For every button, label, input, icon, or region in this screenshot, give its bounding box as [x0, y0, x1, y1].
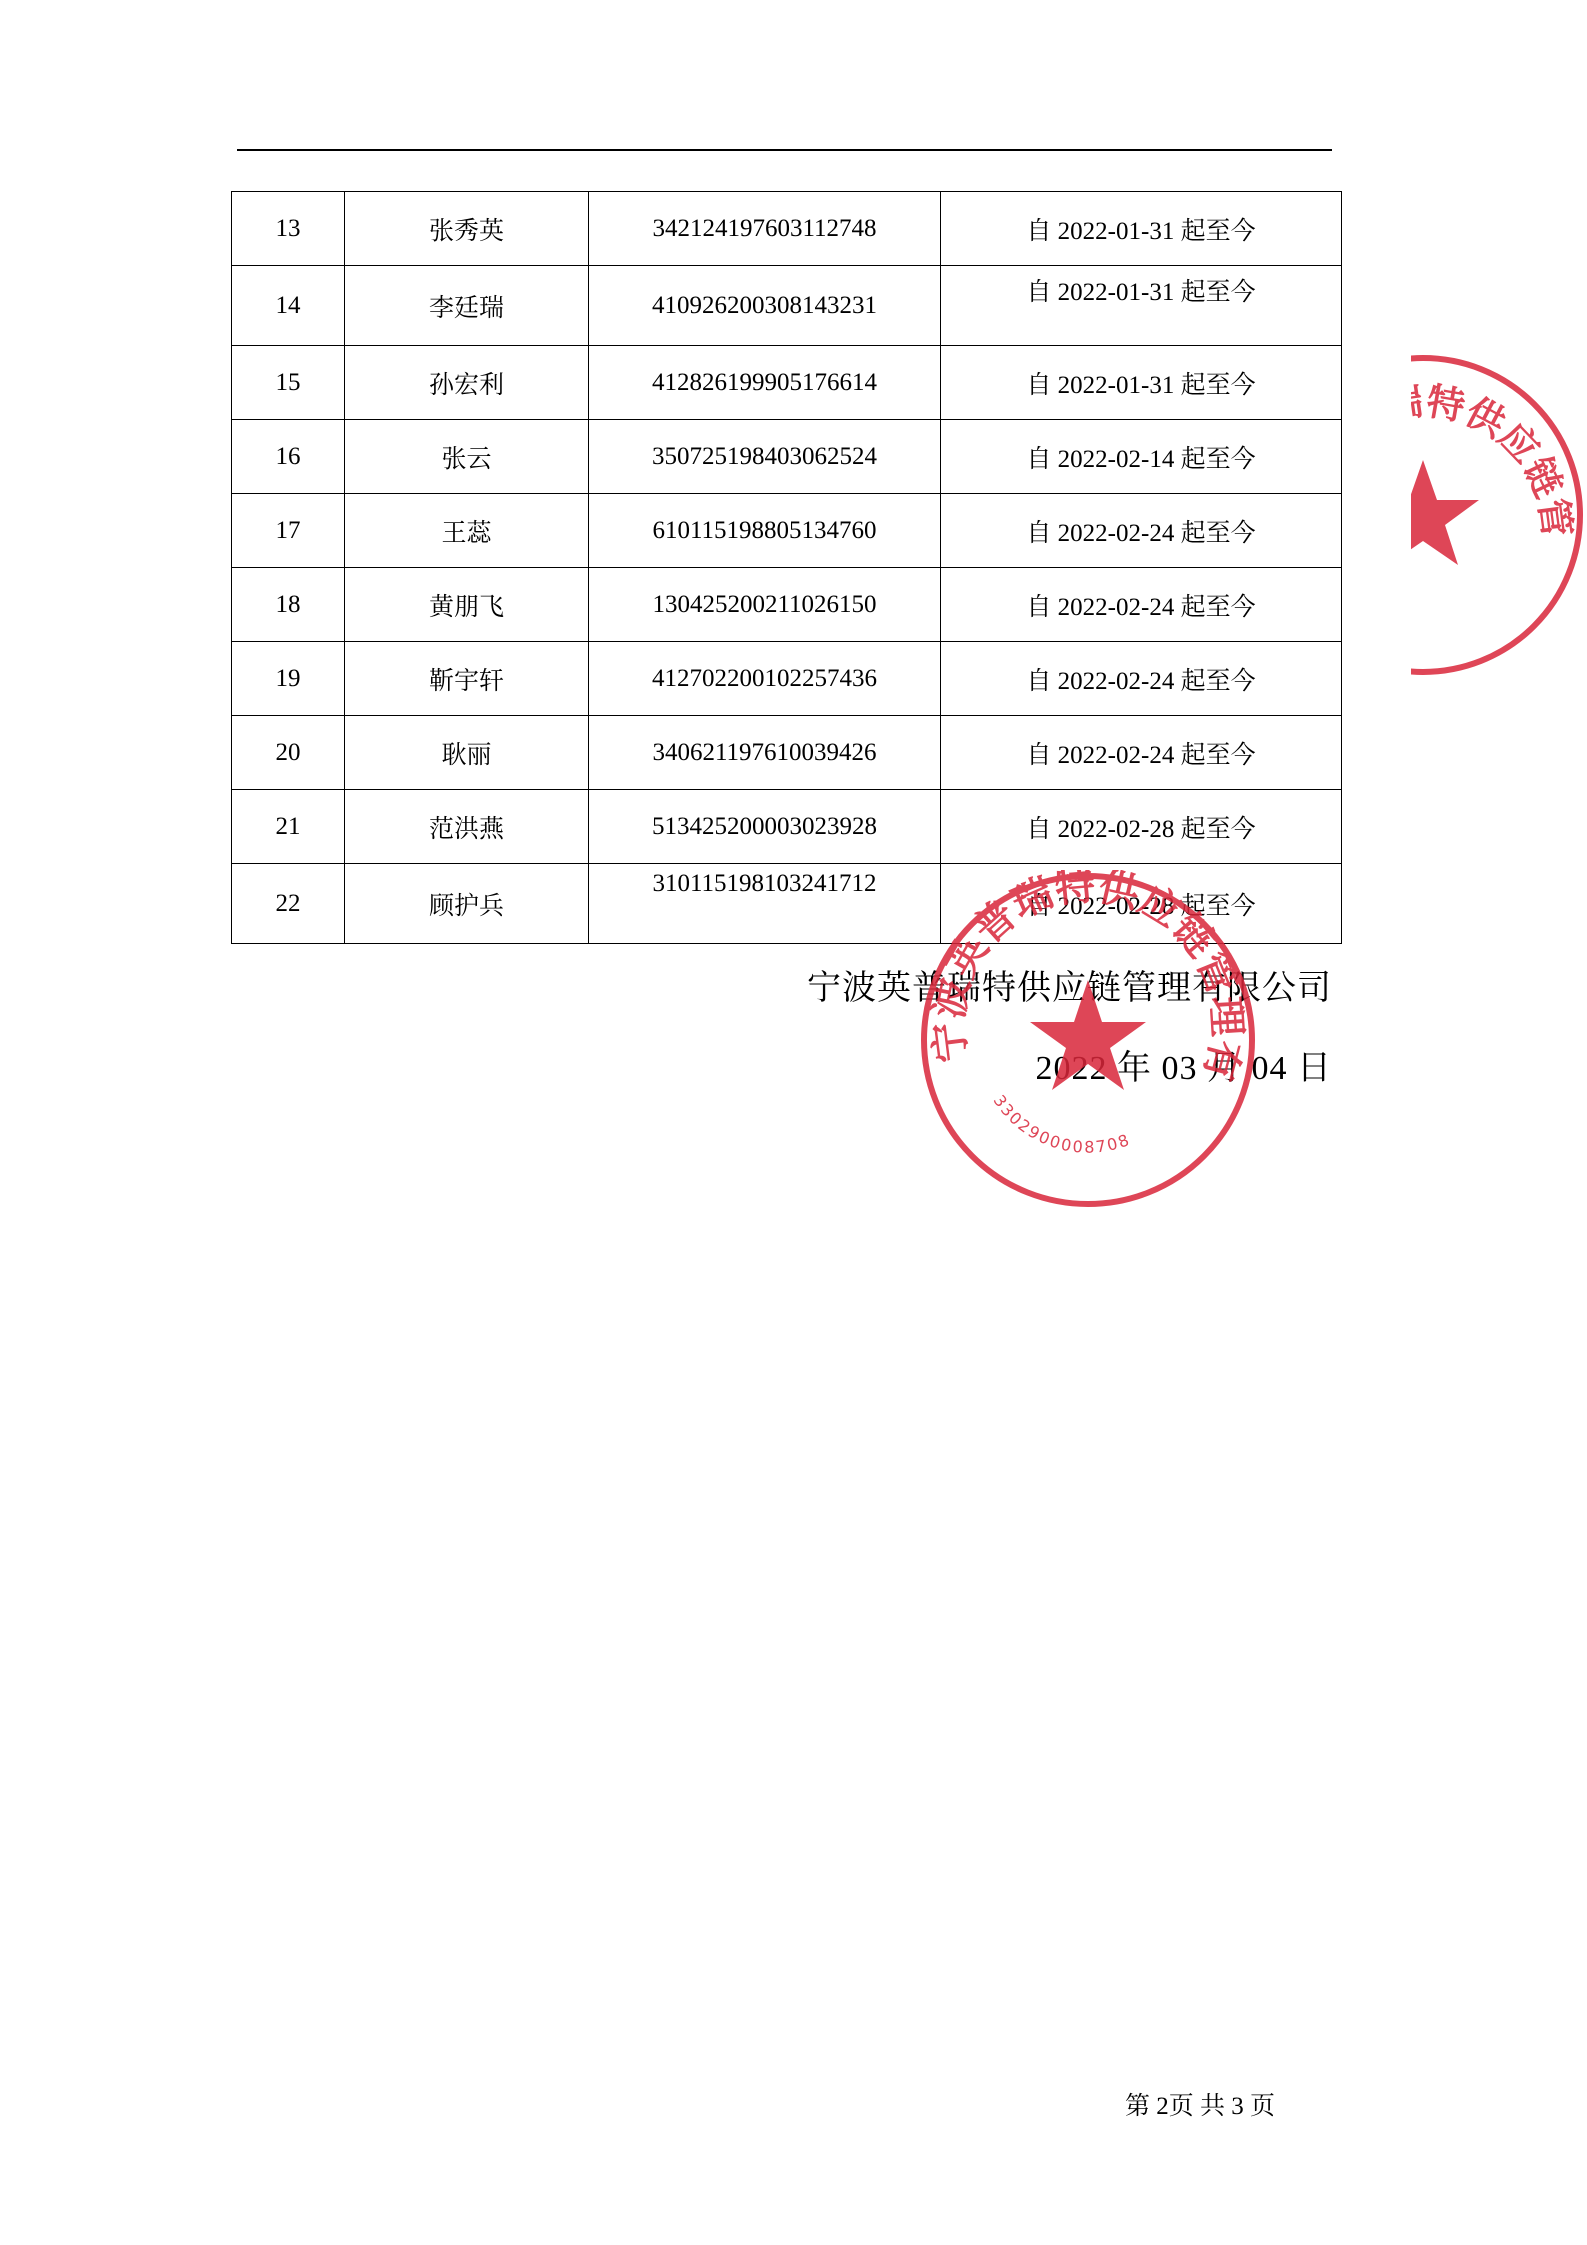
- id-number: 310115198103241712: [589, 864, 941, 944]
- employee-name: 黄朋飞: [345, 568, 589, 642]
- id-number: 410926200308143231: [589, 266, 941, 346]
- table-row: 18黄朋飞130425200211026150自 2022-02-24 起至今: [232, 568, 1342, 642]
- row-number: 17: [232, 494, 345, 568]
- header-rule: [237, 149, 1332, 151]
- employee-name: 靳宇轩: [345, 642, 589, 716]
- id-number: 513425200003023928: [589, 790, 941, 864]
- employment-period: 自 2022-02-24 起至今: [941, 494, 1342, 568]
- svg-text:3302900008708: 3302900008708: [990, 1091, 1134, 1156]
- table-row: 13张秀英342124197603112748自 2022-01-31 起至今: [232, 192, 1342, 266]
- employment-period: 自 2022-02-24 起至今: [941, 568, 1342, 642]
- row-number: 13: [232, 192, 345, 266]
- row-number: 22: [232, 864, 345, 944]
- paging-seal-icon: 宁波英普瑞特供应链管理有限公司: [1411, 350, 1587, 680]
- paging-seal: 宁波英普瑞特供应链管理有限公司: [1411, 340, 1587, 680]
- employment-period: 自 2022-02-24 起至今: [941, 642, 1342, 716]
- row-number: 19: [232, 642, 345, 716]
- signature-date: 2022 年 03 月 04 日: [900, 1040, 1332, 1089]
- employment-period: 自 2022-02-28 起至今: [941, 790, 1342, 864]
- employment-period: 自 2022-01-31 起至今: [941, 266, 1342, 346]
- employment-period: 自 2022-02-28 起至今: [941, 864, 1342, 944]
- employment-period: 自 2022-01-31 起至今: [941, 192, 1342, 266]
- employee-name: 孙宏利: [345, 346, 589, 420]
- employee-name: 王蕊: [345, 494, 589, 568]
- table-row: 14李廷瑞410926200308143231自 2022-01-31 起至今: [232, 266, 1342, 346]
- page-number: 第 2页 共 3 页: [1050, 2086, 1350, 2122]
- employee-table: 13张秀英342124197603112748自 2022-01-31 起至今1…: [231, 191, 1342, 944]
- id-number: 610115198805134760: [589, 494, 941, 568]
- id-number: 350725198403062524: [589, 420, 941, 494]
- employee-name: 李廷瑞: [345, 266, 589, 346]
- row-number: 21: [232, 790, 345, 864]
- id-number: 130425200211026150: [589, 568, 941, 642]
- id-number: 342124197603112748: [589, 192, 941, 266]
- id-number: 412702200102257436: [589, 642, 941, 716]
- employment-period: 自 2022-01-31 起至今: [941, 346, 1342, 420]
- table-row: 22顾护兵310115198103241712自 2022-02-28 起至今: [232, 864, 1342, 944]
- table-row: 17王蕊610115198805134760自 2022-02-24 起至今: [232, 494, 1342, 568]
- employee-name: 顾护兵: [345, 864, 589, 944]
- table-row: 20耿丽340621197610039426自 2022-02-24 起至今: [232, 716, 1342, 790]
- employee-name: 张云: [345, 420, 589, 494]
- id-number: 412826199905176614: [589, 346, 941, 420]
- row-number: 14: [232, 266, 345, 346]
- employee-name: 耿丽: [345, 716, 589, 790]
- table-row: 19靳宇轩412702200102257436自 2022-02-24 起至今: [232, 642, 1342, 716]
- table-row: 16张云350725198403062524自 2022-02-14 起至今: [232, 420, 1342, 494]
- table-row: 15孙宏利412826199905176614自 2022-01-31 起至今: [232, 346, 1342, 420]
- row-number: 18: [232, 568, 345, 642]
- row-number: 20: [232, 716, 345, 790]
- employment-period: 自 2022-02-24 起至今: [941, 716, 1342, 790]
- row-number: 15: [232, 346, 345, 420]
- row-number: 16: [232, 420, 345, 494]
- company-signature: 宁波英普瑞特供应链管理有限公司: [780, 960, 1332, 1009]
- employee-name: 范洪燕: [345, 790, 589, 864]
- id-number: 340621197610039426: [589, 716, 941, 790]
- table-row: 21范洪燕513425200003023928自 2022-02-28 起至今: [232, 790, 1342, 864]
- employee-name: 张秀英: [345, 192, 589, 266]
- employment-period: 自 2022-02-14 起至今: [941, 420, 1342, 494]
